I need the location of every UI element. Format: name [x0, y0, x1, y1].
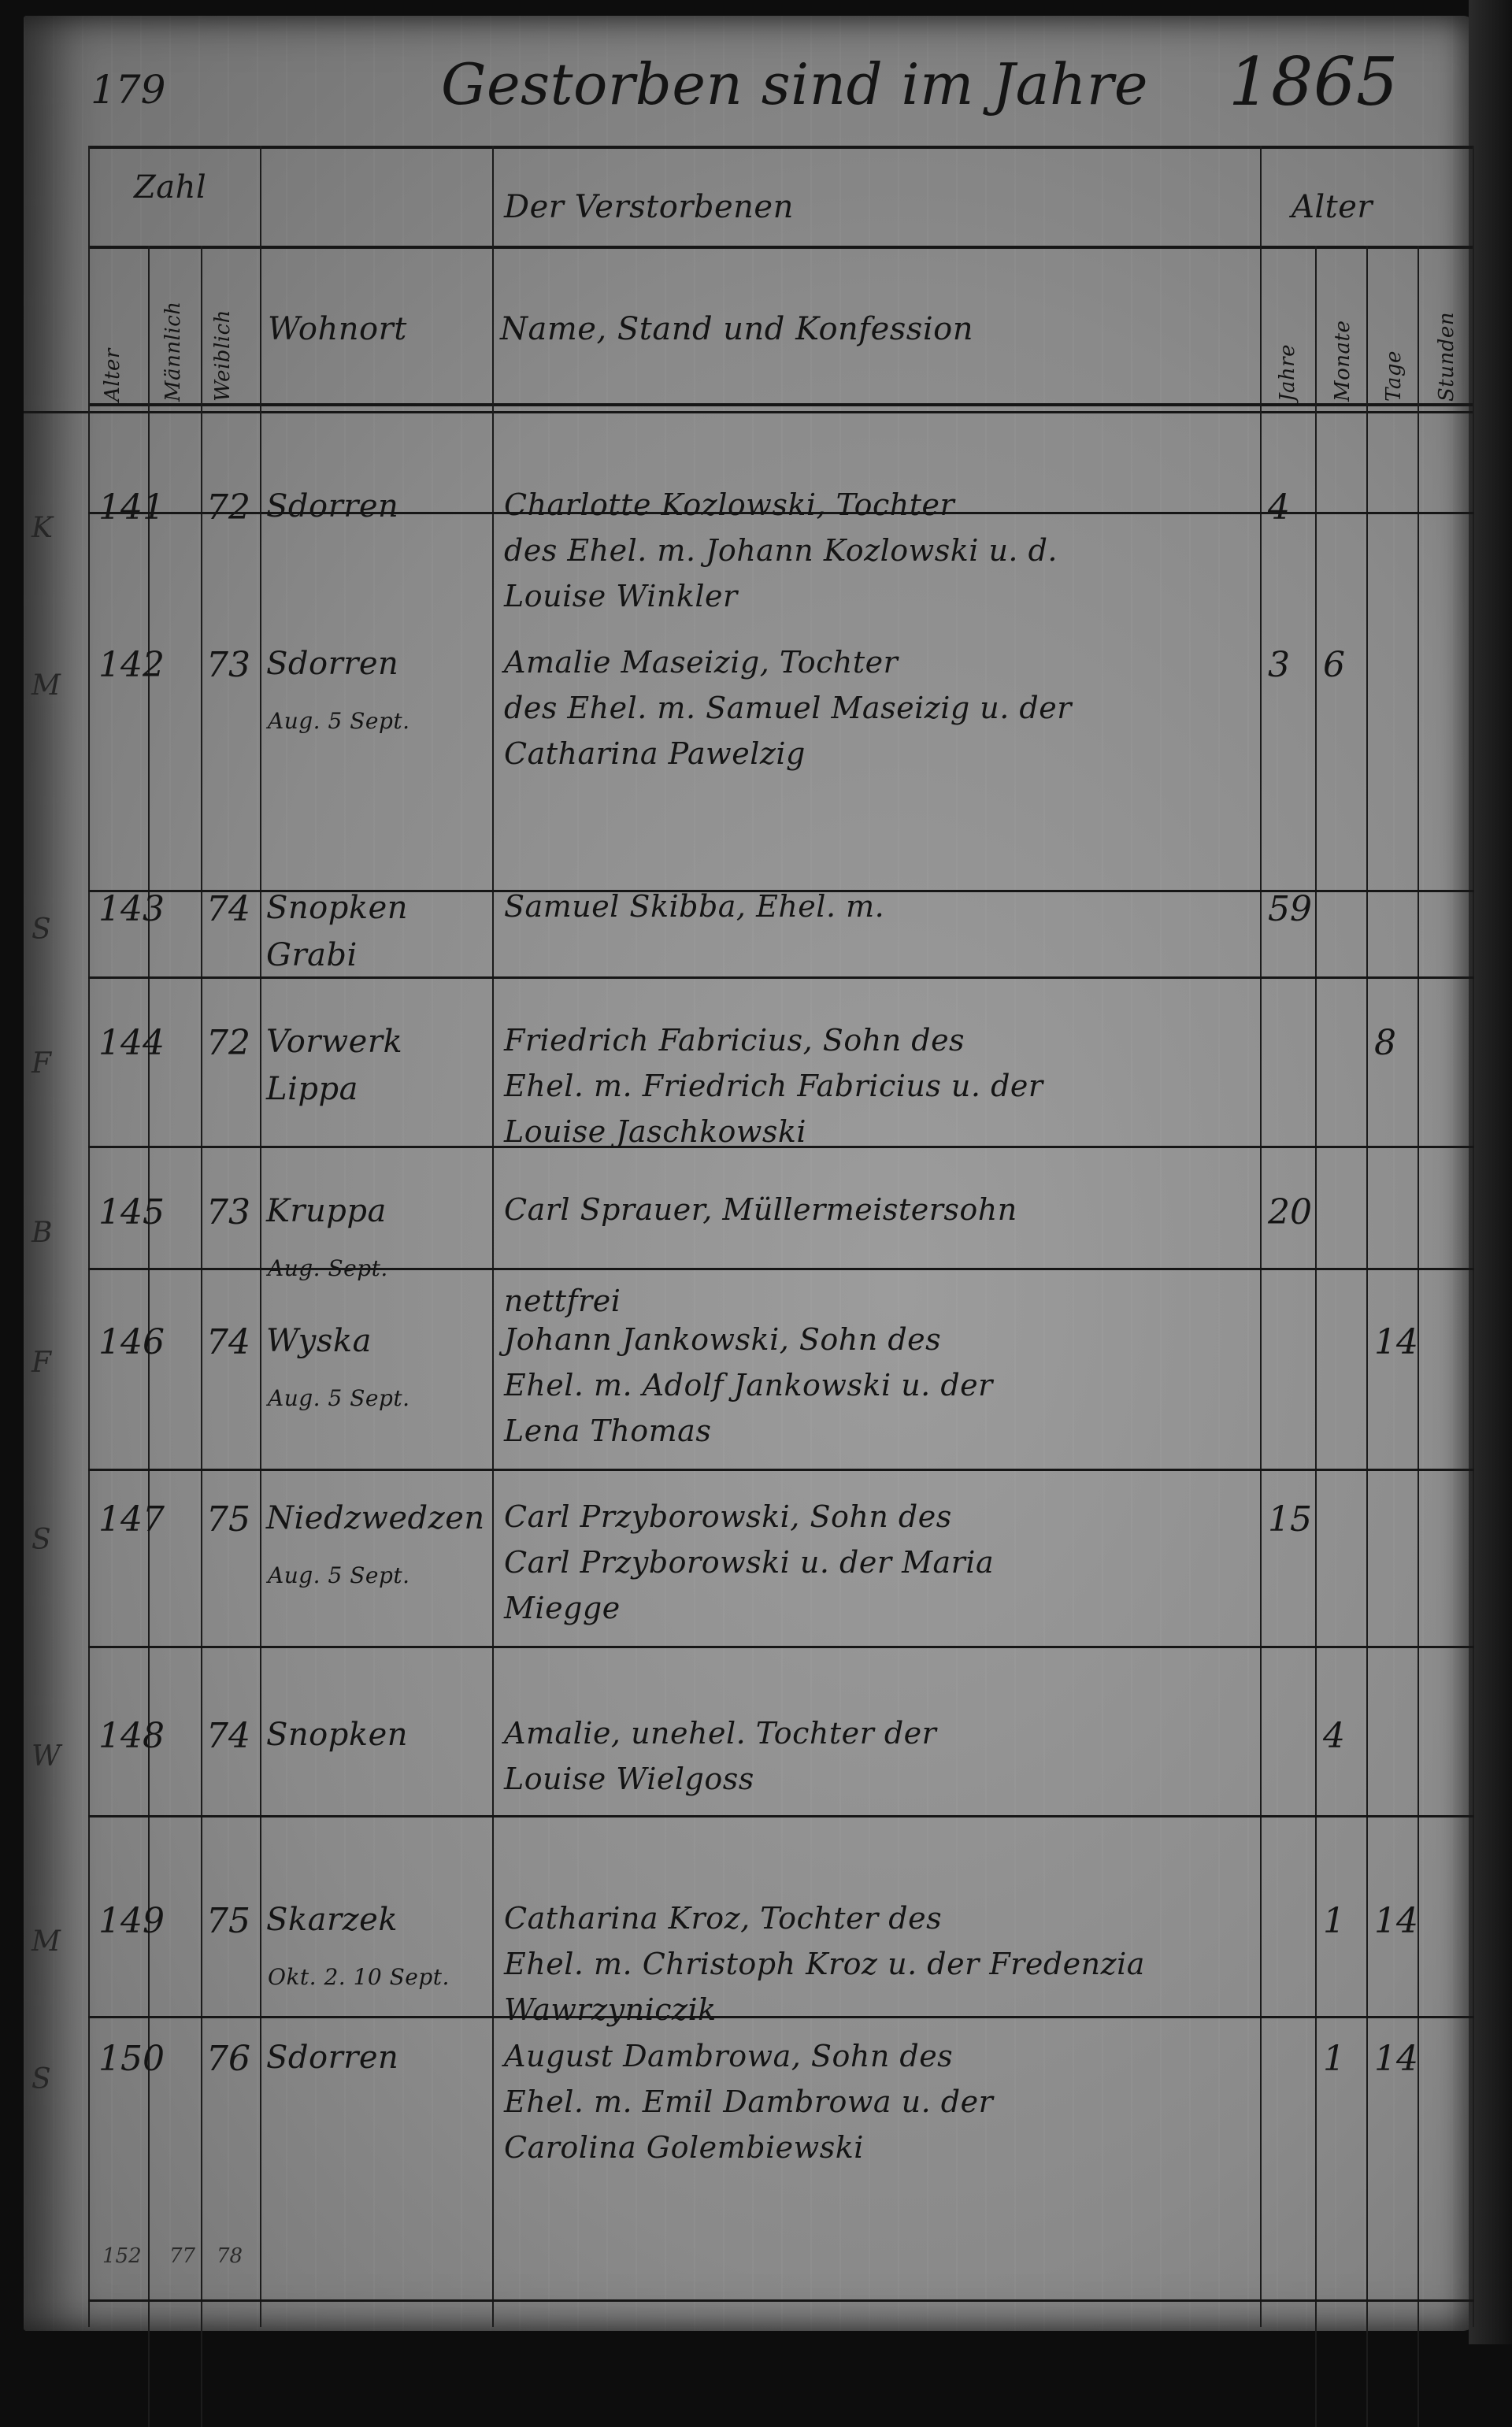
entry-residence: Niedzwedzen	[266, 1500, 485, 1536]
book-binding	[1469, 0, 1512, 2344]
entry-name-line: Louise Jaschkowski	[504, 1115, 806, 1150]
header-alter: Alter	[1291, 189, 1373, 225]
footer-carry-total: 152	[102, 2244, 142, 2268]
header-alter-stunden: Stunden	[1435, 312, 1458, 402]
entry-sex-number: 72	[206, 1024, 250, 1064]
entry-margin-mark: M	[31, 669, 61, 702]
header-zahl-maennlich: Männlich	[161, 301, 185, 402]
entry-name-line: Friedrich Fabricius, Sohn des	[504, 1024, 965, 1058]
entry-residence: Kruppa	[266, 1193, 387, 1229]
entry-name-line: des Ehel. m. Samuel Maseizig u. der	[504, 691, 1072, 726]
entry-residence: Sdorren	[266, 2040, 398, 2076]
entry-name-line: Ehel. m. Adolf Jankowski u. der	[504, 1369, 993, 1403]
entry-margin-mark: M	[31, 1925, 61, 1958]
entry-name-line: Amalie Maseizig, Tochter	[504, 646, 898, 680]
entry-name-line: Louise Wielgoss	[504, 1762, 754, 1797]
entry-sex-number: 75	[206, 1500, 250, 1540]
column-rule	[1315, 246, 1317, 2344]
register-page	[24, 16, 1477, 2331]
column-rule	[1260, 146, 1262, 2327]
header-zahl-alter: Alter	[101, 348, 124, 402]
column-rule	[148, 246, 150, 2344]
column-rule	[1417, 246, 1419, 2344]
entry-residence: Snopken	[266, 1717, 408, 1753]
entry-margin-mark: S	[31, 2063, 51, 2095]
header-top-rule	[88, 146, 1474, 149]
header-name-stand-konfession: Name, Stand und Konfession	[500, 311, 973, 347]
entry-margin-mark: S	[31, 913, 51, 946]
entry-age-years: 3	[1268, 646, 1290, 686]
row-rule	[88, 1469, 1474, 1471]
entry-residence: Sdorren	[266, 646, 398, 682]
entry-sex-number: 74	[206, 1323, 250, 1363]
entry-margin-mark: W	[31, 1740, 61, 1773]
entry-number: 145	[98, 1193, 165, 1233]
entry-name-line: Catharina Kroz, Tochter des	[504, 1902, 942, 1936]
header-verstorbenen: Der Verstorbenen	[504, 189, 794, 225]
entry-margin-mark: B	[31, 1217, 52, 1249]
entry-number: 149	[98, 1902, 165, 1942]
column-rule	[88, 146, 90, 2327]
column-rule	[260, 146, 261, 2327]
header-mid-rule	[88, 246, 1474, 249]
entry-age-days: 14	[1374, 2040, 1418, 2080]
entry-residence: Sdorren	[266, 488, 398, 524]
entry-note: Aug. Sept.	[268, 1256, 388, 1281]
entry-name-line: Ehel. m. Christoph Kroz u. der Fredenzia	[504, 1947, 1145, 1982]
entry-number: 142	[98, 646, 165, 686]
header-zahl-weiblich: Weiblich	[211, 309, 235, 402]
row-rule	[88, 2299, 1474, 2302]
row-rule	[88, 2016, 1474, 2018]
entry-name-line: des Ehel. m. Johann Kozlowski u. d.	[504, 534, 1058, 569]
entry-margin-mark: S	[31, 1524, 51, 1556]
header-bottom-rule	[88, 403, 1474, 406]
header-alter-monate: Monate	[1331, 321, 1354, 402]
column-rule	[1366, 246, 1368, 2344]
row-rule	[88, 976, 1474, 979]
row-rule	[88, 1646, 1474, 1648]
header-zahl: Zahl	[134, 169, 206, 206]
entry-name-line: Carl Sprauer, Müllermeistersohn	[504, 1193, 1017, 1228]
entry-sex-number: 75	[206, 1902, 250, 1942]
entry-age-months: 1	[1323, 2040, 1345, 2080]
entry-name-line: Louise Winkler	[504, 580, 738, 614]
entry-name-line: Samuel Skibba, Ehel. m.	[504, 890, 884, 924]
entry-residence: Snopken	[266, 890, 408, 926]
footer-carry-female: 78	[217, 2244, 243, 2268]
entry-age-years: 59	[1268, 890, 1312, 930]
entry-margin-mark: F	[31, 1347, 51, 1379]
entry-number: 143	[98, 890, 165, 930]
entry-sex-number: 73	[206, 1193, 250, 1233]
entry-name-line: Ehel. m. Friedrich Fabricius u. der	[504, 1069, 1043, 1104]
row-rule	[88, 1815, 1474, 1817]
entry-name-line: Wawrzyniczik	[504, 1993, 717, 2028]
entry-sex-number: 72	[206, 488, 250, 528]
entry-age-days: 14	[1374, 1902, 1418, 1942]
entry-name-line: Carolina Golembiewski	[504, 2131, 864, 2166]
entry-name-line: Catharina Pawelzig	[504, 737, 806, 772]
entry-name-line: Carl Przyborowski, Sohn des	[504, 1500, 952, 1535]
entry-number: 150	[98, 2040, 165, 2080]
header-alter-jahre: Jahre	[1276, 344, 1299, 402]
entry-number: 141	[98, 488, 165, 528]
entry-note: Aug. 5 Sept.	[268, 709, 410, 734]
entry-residence: Vorwerk	[266, 1024, 402, 1060]
entry-age-days: 8	[1374, 1024, 1396, 1064]
entry-residence: Wyska	[266, 1323, 372, 1359]
entry-name-line: Miegge	[504, 1591, 621, 1626]
entry-age-months: 6	[1323, 646, 1345, 686]
entry-note: Aug. 5 Sept.	[268, 1386, 410, 1411]
entry-note: Aug. 5 Sept.	[268, 1563, 410, 1588]
entry-age-days: 14	[1374, 1323, 1418, 1363]
entry-number: 147	[98, 1500, 165, 1540]
entry-age-months: 4	[1323, 1717, 1345, 1757]
entry-age-years: 15	[1268, 1500, 1312, 1540]
entry-name-line: Carl Przyborowski u. der Maria	[504, 1546, 994, 1580]
entry-name-line: Johann Jankowski, Sohn des	[504, 1323, 941, 1358]
entry-sex-number: 76	[206, 2040, 250, 2080]
entry-sex-number: 74	[206, 1717, 250, 1757]
entry-number: 144	[98, 1024, 165, 1064]
entry-age-years: 4	[1268, 488, 1290, 528]
column-rule	[201, 246, 202, 2344]
entry-number: 148	[98, 1717, 165, 1757]
column-rule	[1473, 146, 1474, 2327]
entry-sex-number: 73	[206, 646, 250, 686]
entry-margin-mark: K	[31, 512, 53, 544]
entry-number: 146	[98, 1323, 165, 1363]
entry-age-years: 20	[1268, 1193, 1312, 1233]
entry-name-line: nettfrei	[504, 1284, 621, 1319]
entry-name-line: August Dambrowa, Sohn des	[504, 2040, 953, 2074]
entry-age-months: 1	[1323, 1902, 1345, 1942]
entry-residence: Grabi	[266, 937, 358, 973]
header-double-rule	[24, 411, 1473, 413]
entry-residence: Skarzek	[266, 1902, 398, 1938]
page-number: 179	[91, 67, 165, 113]
header-alter-tage: Tage	[1382, 350, 1406, 402]
column-rule	[492, 146, 494, 2327]
page-year: 1865	[1228, 43, 1399, 120]
entry-note: Okt. 2. 10 Sept.	[268, 1965, 450, 1990]
entry-residence: Lippa	[266, 1071, 358, 1107]
page-title: Gestorben sind im Jahre	[441, 51, 1148, 117]
entry-name-line: Charlotte Kozlowski, Tochter	[504, 488, 954, 523]
header-wohnort: Wohnort	[268, 311, 407, 347]
entry-sex-number: 74	[206, 890, 250, 930]
footer-carry-male: 77	[169, 2244, 195, 2268]
entry-name-line: Lena Thomas	[504, 1414, 711, 1449]
entry-name-line: Ehel. m. Emil Dambrowa u. der	[504, 2085, 993, 2120]
entry-margin-mark: F	[31, 1047, 51, 1080]
entry-name-line: Amalie, unehel. Tochter der	[504, 1717, 936, 1751]
